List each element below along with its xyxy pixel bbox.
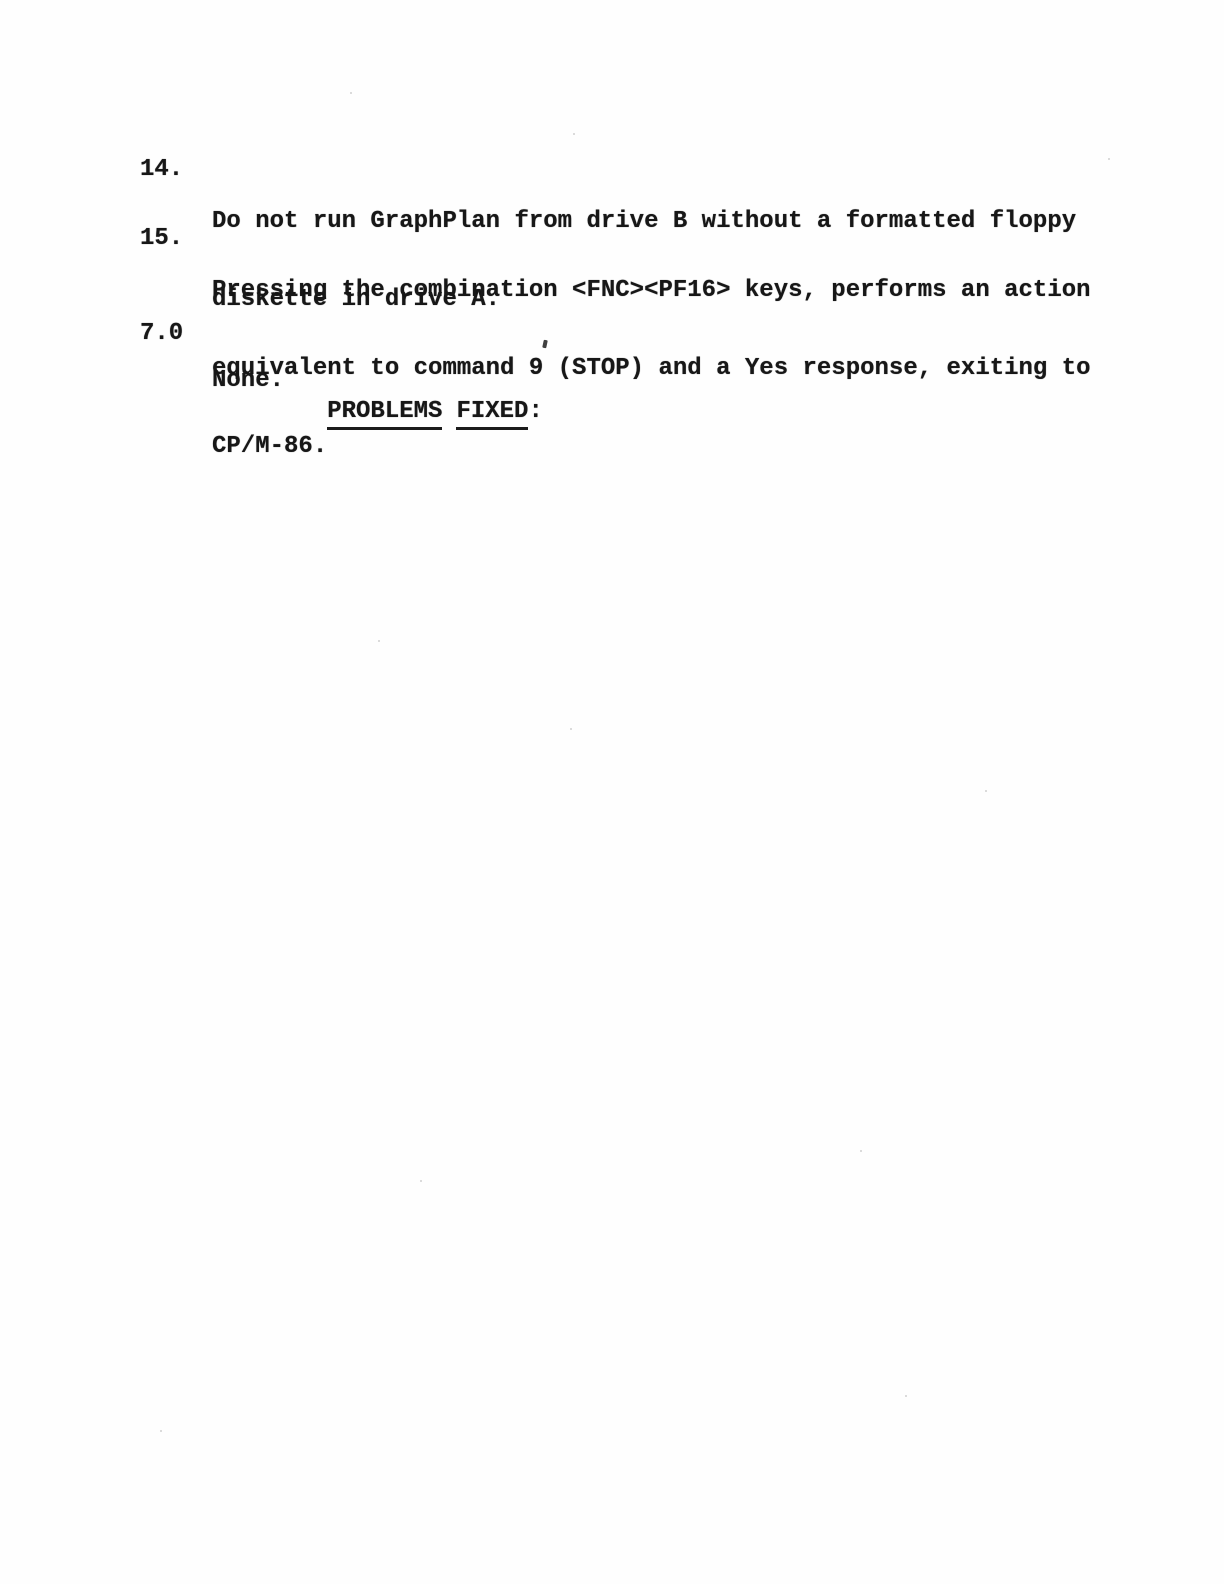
item-number: 14. bbox=[140, 157, 212, 183]
item-text-line: Pressing the combination <FNC><PF16> key… bbox=[212, 278, 1091, 304]
scan-speck bbox=[573, 133, 575, 135]
section-body-text: None. bbox=[212, 368, 284, 394]
section-number: 7.0 bbox=[140, 321, 212, 347]
scan-speck bbox=[378, 640, 380, 642]
scan-speck bbox=[420, 1180, 422, 1182]
section-title-colon: : bbox=[528, 398, 542, 425]
item-number: 15. bbox=[140, 226, 212, 252]
scan-speck bbox=[350, 92, 352, 94]
scan-speck bbox=[985, 790, 987, 792]
section-title-word: FIXED bbox=[456, 398, 528, 430]
scan-speck bbox=[1108, 158, 1110, 160]
scan-speck bbox=[905, 1395, 907, 1397]
scan-speck bbox=[860, 1150, 862, 1152]
scan-speck bbox=[160, 1430, 162, 1432]
section-title: PROBLEMSFIXED: bbox=[212, 321, 543, 503]
section-title-word: PROBLEMS bbox=[327, 398, 442, 430]
scan-speck bbox=[570, 728, 572, 730]
section-heading: 7.0 PROBLEMSFIXED: bbox=[140, 321, 543, 503]
scanned-document-page: 14. Do not run GraphPlan from drive B wi… bbox=[0, 0, 1224, 1584]
